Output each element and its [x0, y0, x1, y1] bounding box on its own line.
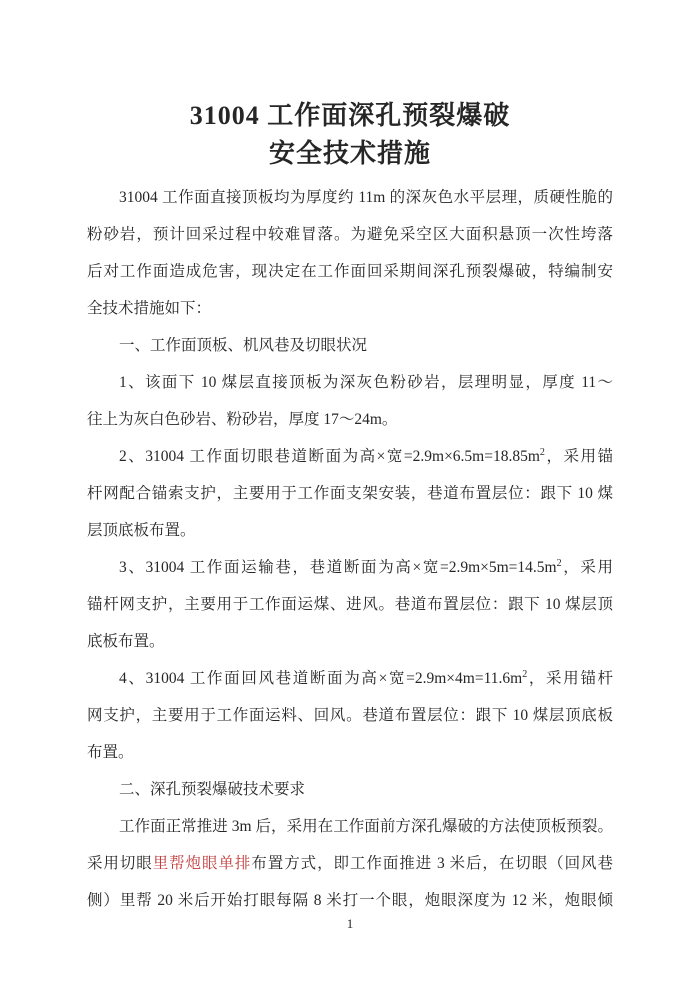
text-line: 往上为灰白色砂岩、粉砂岩，厚度 17～24m。: [87, 401, 613, 438]
text-run: 布置方式，即工作面推进 3 米后，在切眼（回风巷: [251, 855, 613, 872]
text-run: 侧）里帮 20 米后开始打眼每隔 8 米打一个眼，炮眼深度为 12 米，炮眼倾: [87, 892, 613, 909]
text-run: 层顶底板布置。: [87, 522, 196, 539]
text-run: 布置。: [87, 744, 134, 761]
text-run: 网支护，主要用于工作面运料、回风。巷道布置层位：跟下 10 煤层顶底板: [87, 707, 613, 724]
text-line: 层顶底板布置。: [87, 512, 613, 549]
text-run: ，采用锚杆: [527, 670, 613, 687]
highlighted-text: 里帮炮眼单排: [153, 855, 252, 872]
text-line: 一、工作面顶板、机风巷及切眼状况: [87, 327, 613, 364]
text-run: 后对工作面造成危害，现决定在工作面回采期间深孔预裂爆破，特编制安: [87, 263, 613, 280]
text-line: 侧）里帮 20 米后开始打眼每隔 8 米打一个眼，炮眼深度为 12 米，炮眼倾: [87, 882, 613, 919]
text-run: 一、工作面顶板、机风巷及切眼状况: [119, 337, 367, 354]
text-line: 全技术措施如下：: [87, 290, 613, 327]
title-line-2: 安全技术措施: [0, 135, 700, 173]
text-line: 二、深孔预裂爆破技术要求: [87, 771, 613, 808]
text-run: 底板布置。: [87, 633, 165, 650]
text-line: 1、该面下 10 煤层直接顶板为深灰色粉砂岩，层理明显，厚度 11～15m；: [87, 364, 613, 401]
text-run: 杆网配合锚索支护，主要用于工作面支架安装，巷道布置层位：跟下 10 煤: [87, 485, 613, 502]
document-page: 31004 工作面深孔预裂爆破 安全技术措施 31004 工作面直接顶板均为厚度…: [0, 0, 700, 990]
text-run: 采用切眼: [87, 855, 153, 872]
page-number: 1: [0, 916, 700, 932]
text-run: 4、31004 工作面回风巷道断面为高×宽=2.9m×4m=11.6m: [119, 670, 522, 687]
text-run: 31004 工作面直接顶板均为厚度约 11m 的深灰色水平层理，质硬性脆的: [119, 189, 613, 206]
text-line: 采用切眼里帮炮眼单排布置方式，即工作面推进 3 米后，在切眼（回风巷: [87, 845, 613, 882]
text-line: 后对工作面造成危害，现决定在工作面回采期间深孔预裂爆破，特编制安: [87, 253, 613, 290]
text-line: 网支护，主要用于工作面运料、回风。巷道布置层位：跟下 10 煤层顶底板: [87, 697, 613, 734]
text-run: 锚杆网支护，主要用于工作面运煤、进风。巷道布置层位：跟下 10 煤层顶: [87, 596, 613, 613]
body-text: 31004 工作面直接顶板均为厚度约 11m 的深灰色水平层理，质硬性脆的粉砂岩…: [87, 179, 613, 919]
text-line: 粉砂岩，预计回采过程中较难冒落。为避免采空区大面积悬顶一次性垮落: [87, 216, 613, 253]
text-run: 粉砂岩，预计回采过程中较难冒落。为避免采空区大面积悬顶一次性垮落: [87, 226, 613, 243]
title-line-1: 31004 工作面深孔预裂爆破: [0, 97, 700, 135]
text-run: 往上为灰白色砂岩、粉砂岩，厚度 17～24m。: [87, 411, 397, 428]
text-run: 工作面正常推进 3m 后，采用在工作面前方深孔爆破的方法使顶板预裂。: [119, 818, 613, 835]
text-line: 4、31004 工作面回风巷道断面为高×宽=2.9m×4m=11.6m2，采用锚…: [87, 660, 613, 697]
text-line: 锚杆网支护，主要用于工作面运煤、进风。巷道布置层位：跟下 10 煤层顶: [87, 586, 613, 623]
text-run: 二、深孔预裂爆破技术要求: [119, 781, 305, 798]
text-run: 3、31004 工作面运输巷，巷道断面为高×宽=2.9m×5m=14.5m: [119, 559, 557, 576]
text-run: 2、31004 工作面切眼巷道断面为高×宽=2.9m×6.5m=18.85m: [119, 448, 540, 465]
text-line: 工作面正常推进 3m 后，采用在工作面前方深孔爆破的方法使顶板预裂。: [87, 808, 613, 845]
text-run: 全技术措施如下：: [87, 300, 211, 317]
text-line: 31004 工作面直接顶板均为厚度约 11m 的深灰色水平层理，质硬性脆的: [87, 179, 613, 216]
text-run: ，采用锚: [545, 448, 613, 465]
document-title: 31004 工作面深孔预裂爆破 安全技术措施: [0, 0, 700, 173]
text-line: 2、31004 工作面切眼巷道断面为高×宽=2.9m×6.5m=18.85m2，…: [87, 438, 613, 475]
text-line: 布置。: [87, 734, 613, 771]
text-line: 杆网配合锚索支护，主要用于工作面支架安装，巷道布置层位：跟下 10 煤: [87, 475, 613, 512]
text-line: 底板布置。: [87, 623, 613, 660]
text-run: ，采用: [562, 559, 613, 576]
text-run: 1、该面下 10 煤层直接顶板为深灰色粉砂岩，层理明显，厚度 11～15m；: [119, 374, 613, 401]
text-line: 3、31004 工作面运输巷，巷道断面为高×宽=2.9m×5m=14.5m2，采…: [87, 549, 613, 586]
